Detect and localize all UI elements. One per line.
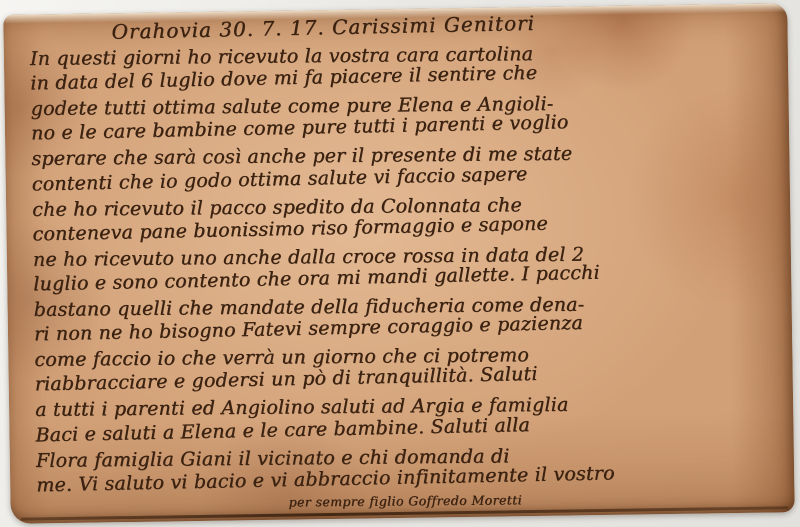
handwriting-text-block: Orahovia 30. 7. 17. Carissimi Genitori I… — [29, 10, 784, 516]
scanner-backdrop: Orahovia 30. 7. 17. Carissimi Genitori I… — [0, 0, 800, 527]
handwritten-postcard: Orahovia 30. 7. 17. Carissimi Genitori I… — [3, 3, 794, 524]
